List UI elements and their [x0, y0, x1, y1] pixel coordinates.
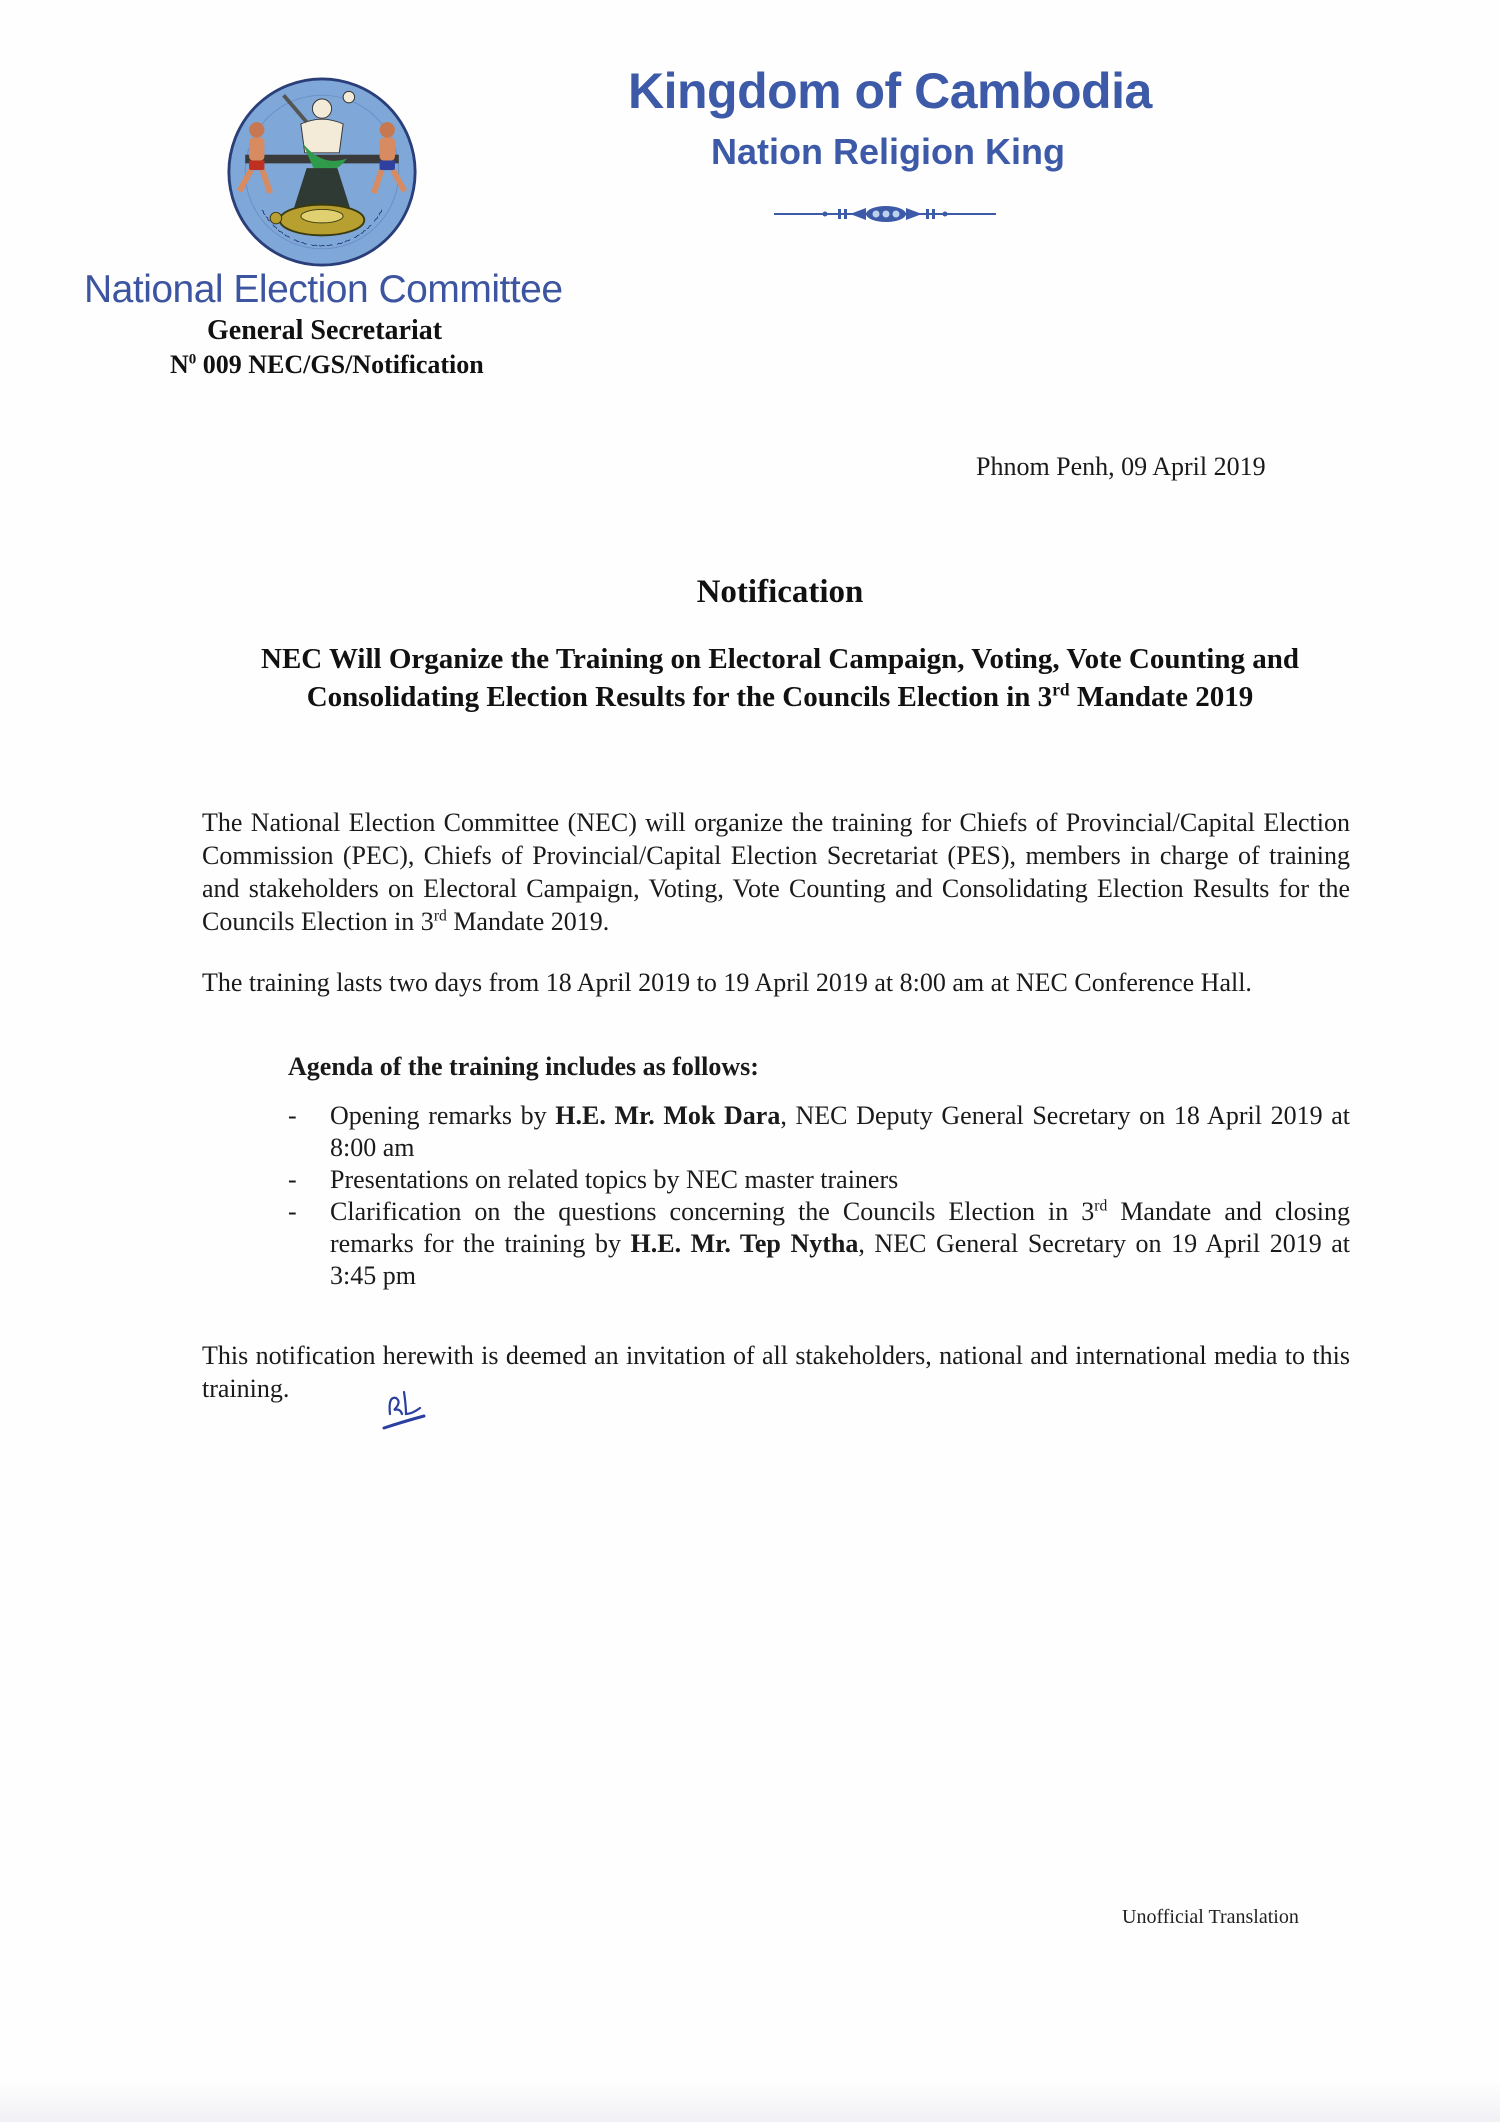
department-name: General Secretariat: [207, 315, 442, 347]
schedule-paragraph: The training lasts two days from 18 Apri…: [202, 966, 1350, 999]
agenda-item: - Clarification on the questions concern…: [288, 1196, 1350, 1292]
document-subtitle: NEC Will Organize the Training on Electo…: [200, 640, 1360, 716]
agenda-item: - Presentations on related topics by NEC…: [288, 1164, 1350, 1196]
nec-emblem-icon: ~~ ∽∽∽ ~~ ∽∽∽ ~~ ∽∽∽ ~~: [226, 76, 418, 268]
agenda-list: - Opening remarks by H.E. Mr. Mok Dara, …: [288, 1100, 1350, 1292]
ornamental-divider-icon: [770, 200, 1000, 228]
translation-note: Unofficial Translation: [1122, 1906, 1299, 1929]
agenda-item: - Opening remarks by H.E. Mr. Mok Dara, …: [288, 1100, 1350, 1164]
scan-edge-shadow: [0, 2082, 1500, 2122]
document-title: Notification: [0, 574, 1500, 611]
bullet-dash: -: [288, 1100, 297, 1132]
agenda-heading: Agenda of the training includes as follo…: [288, 1052, 759, 1082]
bullet-dash: -: [288, 1196, 297, 1228]
speaker-name: H.E. Mr. Mok Dara: [555, 1101, 780, 1130]
bullet-dash: -: [288, 1164, 297, 1196]
invitation-paragraph: This notification herewith is deemed an …: [202, 1339, 1350, 1405]
national-motto: Nation Religion King: [628, 131, 1148, 173]
organization-name: National Election Committee: [84, 268, 564, 312]
initials-signature-icon: [380, 1384, 432, 1434]
intro-paragraph: The National Election Committee (NEC) wi…: [202, 806, 1350, 938]
speaker-name: H.E. Mr. Tep Nytha: [631, 1229, 859, 1258]
document-page: ~~ ∽∽∽ ~~ ∽∽∽ ~~ ∽∽∽ ~~ National Electio…: [0, 0, 1500, 2122]
country-heading: Kingdom of Cambodia: [628, 62, 1148, 120]
date-line: Phnom Penh, 09 April 2019: [976, 452, 1266, 482]
reference-number: N0 009 NEC/GS/Notification: [170, 350, 484, 380]
